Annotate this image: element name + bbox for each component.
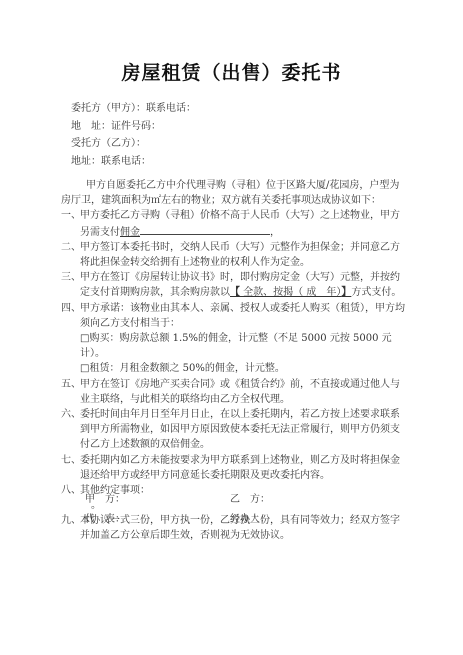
clause-text: 甲方签订本委托书时，交纳人民币（大写）元整作为担保金；并同意乙方将此担保金转交给… bbox=[80, 240, 406, 270]
clause-number: 七、 bbox=[61, 453, 81, 468]
option-rent: □租赁：月租金数额之 50%的佣金，计元整。 bbox=[80, 361, 406, 376]
intro-paragraph: 甲方自愿委托乙方中介代理寻购（寻租）位于区路大厦/花园房，户型为房厅卫，建筑面积… bbox=[61, 178, 406, 208]
agreement-body: 甲方自愿委托乙方中介代理寻购（寻租）位于区路大厦/花园房，户型为房厅卫，建筑面积… bbox=[61, 178, 406, 544]
party-b-address-line: 地址：联系电话： bbox=[71, 153, 196, 171]
signature-block: 甲 方： 乙 方： 代 表： 经办人： bbox=[85, 490, 385, 530]
document-page: 房屋租赁（出售）委托书 委托方（甲方）：联系电话： 地 址：证件号码： 受托方（… bbox=[0, 0, 463, 655]
clause-5: 五、 甲方在签订《房地产买卖合同》或《租赁合约》前，不直接或通过他人与业主联络，… bbox=[61, 377, 406, 407]
clause-text: 甲方在签订《房地产买卖合同》或《租赁合约》前，不直接或通过他人与业主联络，与此相… bbox=[80, 377, 406, 407]
blank-line bbox=[140, 224, 270, 235]
clause-number: 四、 bbox=[61, 301, 81, 316]
clause-text: 委托期内如乙方未能按要求为甲方联系到上述物业，则乙方及时将担保金退还给甲方或经甲… bbox=[80, 453, 406, 483]
clause-7: 七、 委托期内如乙方未能按要求为甲方联系到上述物业，则乙方及时将担保金退还给甲方… bbox=[61, 453, 406, 483]
party-a-line: 委托方（甲方）：联系电话： bbox=[71, 100, 196, 118]
clause-4: 四、 甲方承诺：该物业由其本人、亲属、授权人或委托人购买（租赁），甲方均须向乙方… bbox=[61, 301, 406, 377]
parties-block: 委托方（甲方）：联系电话： 地 址：证件号码： 受托方（乙方）： 地址：联系电话… bbox=[71, 100, 196, 170]
option-purchase: □购买：购房款总额 1.5%的佣金，计元整（不足 5000 元按 5000 元计… bbox=[80, 331, 406, 361]
handler-label: 经办人： bbox=[230, 510, 270, 530]
commission-underline: 佣金 bbox=[120, 227, 140, 238]
party-b-signature-label: 乙 方： bbox=[230, 490, 270, 510]
clause-number: 八、 bbox=[61, 483, 81, 498]
clause-number: 六、 bbox=[61, 407, 81, 422]
clause-text: 甲方承诺：该物业由其本人、亲属、授权人或委托人购买（租赁），甲方均须向乙方支付相… bbox=[80, 301, 406, 331]
payment-method-bracket: 【 全款、按揭（ 成 年）】 bbox=[230, 287, 351, 298]
clause-1: 一、 甲方委托乙方寻购（寻租）价格不高于人民币（大写）之上述物业，甲方另需支付佣… bbox=[61, 208, 406, 239]
clause-number: 一、 bbox=[61, 208, 81, 223]
representative-label: 代 表： bbox=[85, 510, 230, 530]
clause-3: 三、 甲方在签订《房屋转让协议书》时，即付购房定金（大写）元整，并按约定支付首期… bbox=[61, 270, 406, 300]
party-b-line: 受托方（乙方）： bbox=[71, 135, 196, 153]
party-a-signature-label: 甲 方： bbox=[85, 490, 230, 510]
clause-2: 二、 甲方签订本委托书时，交纳人民币（大写）元整作为担保金；并同意乙方将此担保金… bbox=[61, 240, 406, 270]
clause-text: 委托时间由年月日至年月日止，在以上委托期内，若乙方按上述要求联系到甲方所需物业，… bbox=[80, 407, 406, 453]
clause-number: 三、 bbox=[61, 270, 81, 285]
clause-6: 六、 委托时间由年月日至年月日止，在以上委托期内，若乙方按上述要求联系到甲方所需… bbox=[61, 407, 406, 453]
clause-number: 五、 bbox=[61, 377, 81, 392]
clause-number: 二、 bbox=[61, 240, 81, 255]
clause-number: 九、 bbox=[61, 513, 81, 528]
document-title: 房屋租赁（出售）委托书 bbox=[0, 58, 463, 85]
party-a-address-line: 地 址：证件号码： bbox=[71, 118, 196, 136]
